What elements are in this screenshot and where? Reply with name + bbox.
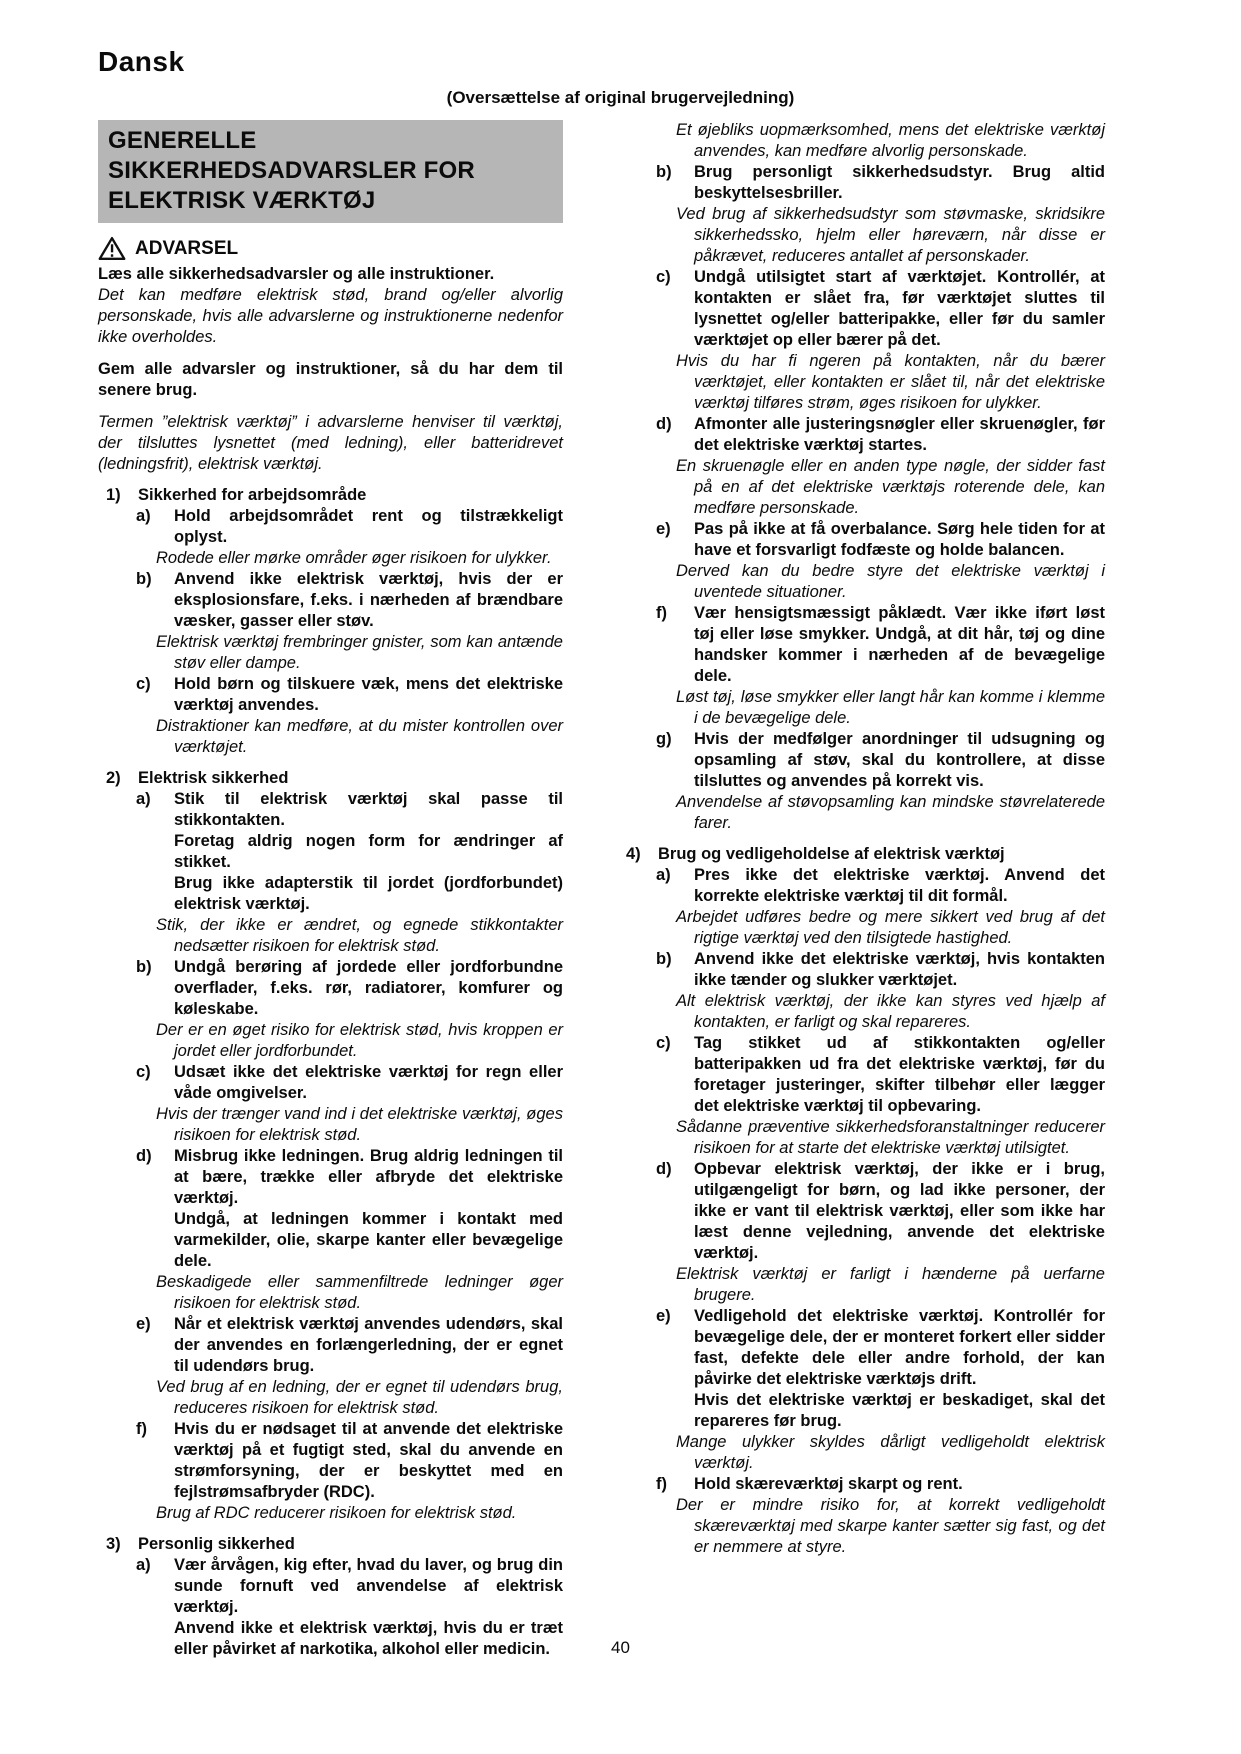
section-title: Sikkerhed for arbejdsområde	[138, 485, 563, 506]
item-directive-text: Brug personligt sikkerhedsudstyr. Brug a…	[694, 162, 1105, 204]
item-directive-text: Undgå utilsigtet start af værktøjet. Kon…	[694, 267, 1105, 351]
list-item: f)Hvis du er nødsaget til at anvende det…	[98, 1419, 563, 1524]
item-directive-text: Hold skæreværktøj skarpt og rent.	[694, 1474, 1105, 1495]
item-directive-text: Pas på ikke at få overbalance. Sørg hele…	[694, 519, 1105, 561]
paragraph-bold: Gem alle advarsler og instruktioner, så …	[98, 359, 563, 401]
right-column-text: Et øjebliks uopmærksomhed, mens det elek…	[618, 120, 1105, 1558]
item-marker: e)	[656, 519, 671, 540]
section-number: 3)	[106, 1534, 121, 1555]
item-explanation-text: Der er en øget risiko for elektrisk stød…	[174, 1020, 563, 1062]
item-directive-text: Hvis der medfølger anordninger til udsug…	[694, 729, 1105, 792]
item-marker: b)	[656, 949, 672, 970]
right-column: Et øjebliks uopmærksomhed, mens det elek…	[618, 120, 1105, 1660]
item-explanation-text: Distraktioner kan medføre, at du mister …	[174, 716, 563, 758]
item-explanation-text: Ved brug af sikkerhedsudstyr som støvmas…	[694, 204, 1105, 267]
page-number: 40	[0, 1638, 1241, 1658]
warning-label: ADVARSEL	[135, 238, 238, 259]
item-directive-text: Udsæt ikke det elektriske værktøj for re…	[174, 1062, 563, 1104]
warning-heading: ADVARSEL	[98, 236, 563, 261]
chapter-title-line: ELEKTRISK VÆRKTØJ	[108, 186, 553, 216]
item-directive-text: Når et elektrisk værktøj anvendes udendø…	[174, 1314, 563, 1377]
item-directive-text: Tag stikket ud af stikkontakten og/eller…	[694, 1033, 1105, 1117]
paragraph-italic: Termen ”elektrisk værktøj” i advarslerne…	[98, 412, 563, 475]
language-heading: Dansk	[98, 46, 185, 78]
item-directive-text: Brug ikke adapterstik til jordet (jordfo…	[174, 873, 563, 915]
chapter-title-banner: GENERELLE SIKKERHEDSADVARSLER FOR ELEKTR…	[98, 120, 563, 223]
item-explanation-text: Rodede eller mørke områder øger risikoen…	[174, 548, 563, 569]
item-marker: f)	[136, 1419, 147, 1440]
item-directive-text: Hvis du er nødsaget til at anvende det e…	[174, 1419, 563, 1503]
item-explanation-text: Der er mindre risiko for, at korrekt ved…	[694, 1495, 1105, 1558]
list-item: d)Afmonter alle justeringsnøgler eller s…	[618, 414, 1105, 519]
paragraph-italic: Det kan medføre elektrisk stød, brand og…	[98, 285, 563, 348]
item-marker: b)	[136, 957, 152, 978]
list-item: a)Hold arbejdsområdet rent og tilstrække…	[98, 506, 563, 569]
item-directive-text: Vær hensigtsmæssigt påklædt. Vær ikke if…	[694, 603, 1105, 687]
item-directive-text: Anvend ikke det elektriske værktøj, hvis…	[694, 949, 1105, 991]
section-heading: 2)Elektrisk sikkerhed	[98, 768, 563, 789]
list-item: f)Vær hensigtsmæssigt påklædt. Vær ikke …	[618, 603, 1105, 729]
item-explanation-text: Elektrisk værktøj er farligt i hænderne …	[694, 1264, 1105, 1306]
item-marker: b)	[136, 569, 152, 590]
item-marker: c)	[136, 1062, 151, 1083]
left-column-text: Læs alle sikkerhedsadvarsler og alle ins…	[98, 264, 563, 1660]
item-marker: a)	[136, 506, 151, 527]
item-directive-text: Undgå berøring af jordede eller jordforb…	[174, 957, 563, 1020]
item-marker: f)	[656, 1474, 667, 1495]
list-item: b)Undgå berøring af jordede eller jordfo…	[98, 957, 563, 1062]
item-directive-text: Vedligehold det elektriske værktøj. Kont…	[694, 1306, 1105, 1390]
item-marker: d)	[656, 414, 672, 435]
item-marker: g)	[656, 729, 672, 750]
item-directive-text: Stik til elektrisk værktøj skal passe ti…	[174, 789, 563, 831]
item-explanation-text: Anvendelse af støvopsamling kan mindske …	[694, 792, 1105, 834]
item-explanation-text: Elektrisk værktøj frembringer gnister, s…	[174, 632, 563, 674]
section-title: Personlig sikkerhed	[138, 1534, 563, 1555]
item-marker: c)	[656, 1033, 671, 1054]
item-directive-text: Anvend ikke elektrisk værktøj, hvis der …	[174, 569, 563, 632]
paragraph-bold: Læs alle sikkerhedsadvarsler og alle ins…	[98, 264, 563, 285]
item-explanation-text: Mange ulykker skyldes dårligt vedligehol…	[694, 1432, 1105, 1474]
section-heading: 1)Sikkerhed for arbejdsområde	[98, 485, 563, 506]
item-directive-text: Afmonter alle justeringsnøgler eller skr…	[694, 414, 1105, 456]
section-number: 4)	[626, 844, 641, 865]
list-item: a)Pres ikke det elektriske værktøj. Anve…	[618, 865, 1105, 949]
list-item: e)Vedligehold det elektriske værktøj. Ko…	[618, 1306, 1105, 1474]
section-title: Elektrisk sikkerhed	[138, 768, 563, 789]
left-column: GENERELLE SIKKERHEDSADVARSLER FOR ELEKTR…	[98, 120, 563, 1660]
item-marker: f)	[656, 603, 667, 624]
list-item: f)Hold skæreværktøj skarpt og rent.Der e…	[618, 1474, 1105, 1558]
list-item: b)Anvend ikke elektrisk værktøj, hvis de…	[98, 569, 563, 674]
list-item: d)Misbrug ikke ledningen. Brug aldrig le…	[98, 1146, 563, 1314]
item-explanation-text: Beskadigede eller sammenfiltrede ledning…	[174, 1272, 563, 1314]
item-marker: c)	[136, 674, 151, 695]
item-marker: e)	[656, 1306, 671, 1327]
list-item: b)Brug personligt sikkerhedsudstyr. Brug…	[618, 162, 1105, 267]
list-item: e)Når et elektrisk værktøj anvendes uden…	[98, 1314, 563, 1419]
item-directive-text: Foretag aldrig nogen form for ændringer …	[174, 831, 563, 873]
manual-page: Dansk (Oversættelse af original brugerve…	[0, 0, 1241, 1754]
list-item: c)Udsæt ikke det elektriske værktøj for …	[98, 1062, 563, 1146]
item-explanation-text: Brug af RDC reducerer risikoen for elekt…	[174, 1503, 563, 1524]
item-explanation-text: Alt elektrisk værktøj, der ikke kan styr…	[694, 991, 1105, 1033]
list-item: a)Stik til elektrisk værktøj skal passe …	[98, 789, 563, 957]
list-item: c)Undgå utilsigtet start af værktøjet. K…	[618, 267, 1105, 414]
item-directive-text: Undgå, at ledningen kommer i kontakt med…	[174, 1209, 563, 1272]
item-directive-text: Hvis det elektriske værktøj er beskadige…	[694, 1390, 1105, 1432]
item-explanation-text: Sådanne præventive sikkerhedsforanstaltn…	[694, 1117, 1105, 1159]
list-item: g)Hvis der medfølger anordninger til uds…	[618, 729, 1105, 834]
item-explanation-text: En skruenøgle eller en anden type nøgle,…	[694, 456, 1105, 519]
item-explanation-text: Hvis du har fi ngeren på kontakten, når …	[694, 351, 1105, 414]
item-marker: b)	[656, 162, 672, 183]
item-marker: a)	[136, 789, 151, 810]
list-item: e)Pas på ikke at få overbalance. Sørg he…	[618, 519, 1105, 603]
item-marker: d)	[136, 1146, 152, 1167]
translation-subtitle: (Oversættelse af original brugervejledni…	[0, 88, 1241, 108]
section-heading: 3)Personlig sikkerhed	[98, 1534, 563, 1555]
item-directive-text: Pres ikke det elektriske værktøj. Anvend…	[694, 865, 1105, 907]
list-item: b)Anvend ikke det elektriske værktøj, hv…	[618, 949, 1105, 1033]
item-directive-text: Hold arbejdsområdet rent og tilstrækkeli…	[174, 506, 563, 548]
item-directive-text: Opbevar elektrisk værktøj, der ikke er i…	[694, 1159, 1105, 1264]
chapter-title-line: GENERELLE	[108, 126, 553, 156]
item-directive-text: Misbrug ikke ledningen. Brug aldrig ledn…	[174, 1146, 563, 1209]
item-marker: c)	[656, 267, 671, 288]
warning-triangle-icon	[98, 236, 126, 261]
two-column-layout: GENERELLE SIKKERHEDSADVARSLER FOR ELEKTR…	[98, 120, 1105, 1660]
section-heading: 4)Brug og vedligeholdelse af elektrisk v…	[618, 844, 1105, 865]
section-number: 2)	[106, 768, 121, 789]
item-directive-text: Hold børn og tilskuere væk, mens det ele…	[174, 674, 563, 716]
item-explanation-text: Hvis der trænger vand ind i det elektris…	[174, 1104, 563, 1146]
section-number: 1)	[106, 485, 121, 506]
item-marker: a)	[136, 1555, 151, 1576]
item-explanation-continuation: Et øjebliks uopmærksomhed, mens det elek…	[694, 120, 1105, 162]
list-item: c)Tag stikket ud af stikkontakten og/ell…	[618, 1033, 1105, 1159]
item-explanation-text: Stik, der ikke er ændret, og egnede stik…	[174, 915, 563, 957]
item-explanation-text: Løst tøj, løse smykker eller langt hår k…	[694, 687, 1105, 729]
item-directive-text: Vær årvågen, kig efter, hvad du laver, o…	[174, 1555, 563, 1618]
item-marker: d)	[656, 1159, 672, 1180]
item-marker: a)	[656, 865, 671, 886]
chapter-title-line: SIKKERHEDSADVARSLER FOR	[108, 156, 553, 186]
item-explanation-text: Arbejdet udføres bedre og mere sikkert v…	[694, 907, 1105, 949]
item-explanation-text: Derved kan du bedre styre det elektriske…	[694, 561, 1105, 603]
item-explanation-text: Ved brug af en ledning, der er egnet til…	[174, 1377, 563, 1419]
section-title: Brug og vedligeholdelse af elektrisk vær…	[658, 844, 1105, 865]
list-item: c)Hold børn og tilskuere væk, mens det e…	[98, 674, 563, 758]
item-marker: e)	[136, 1314, 151, 1335]
list-item: d)Opbevar elektrisk værktøj, der ikke er…	[618, 1159, 1105, 1306]
